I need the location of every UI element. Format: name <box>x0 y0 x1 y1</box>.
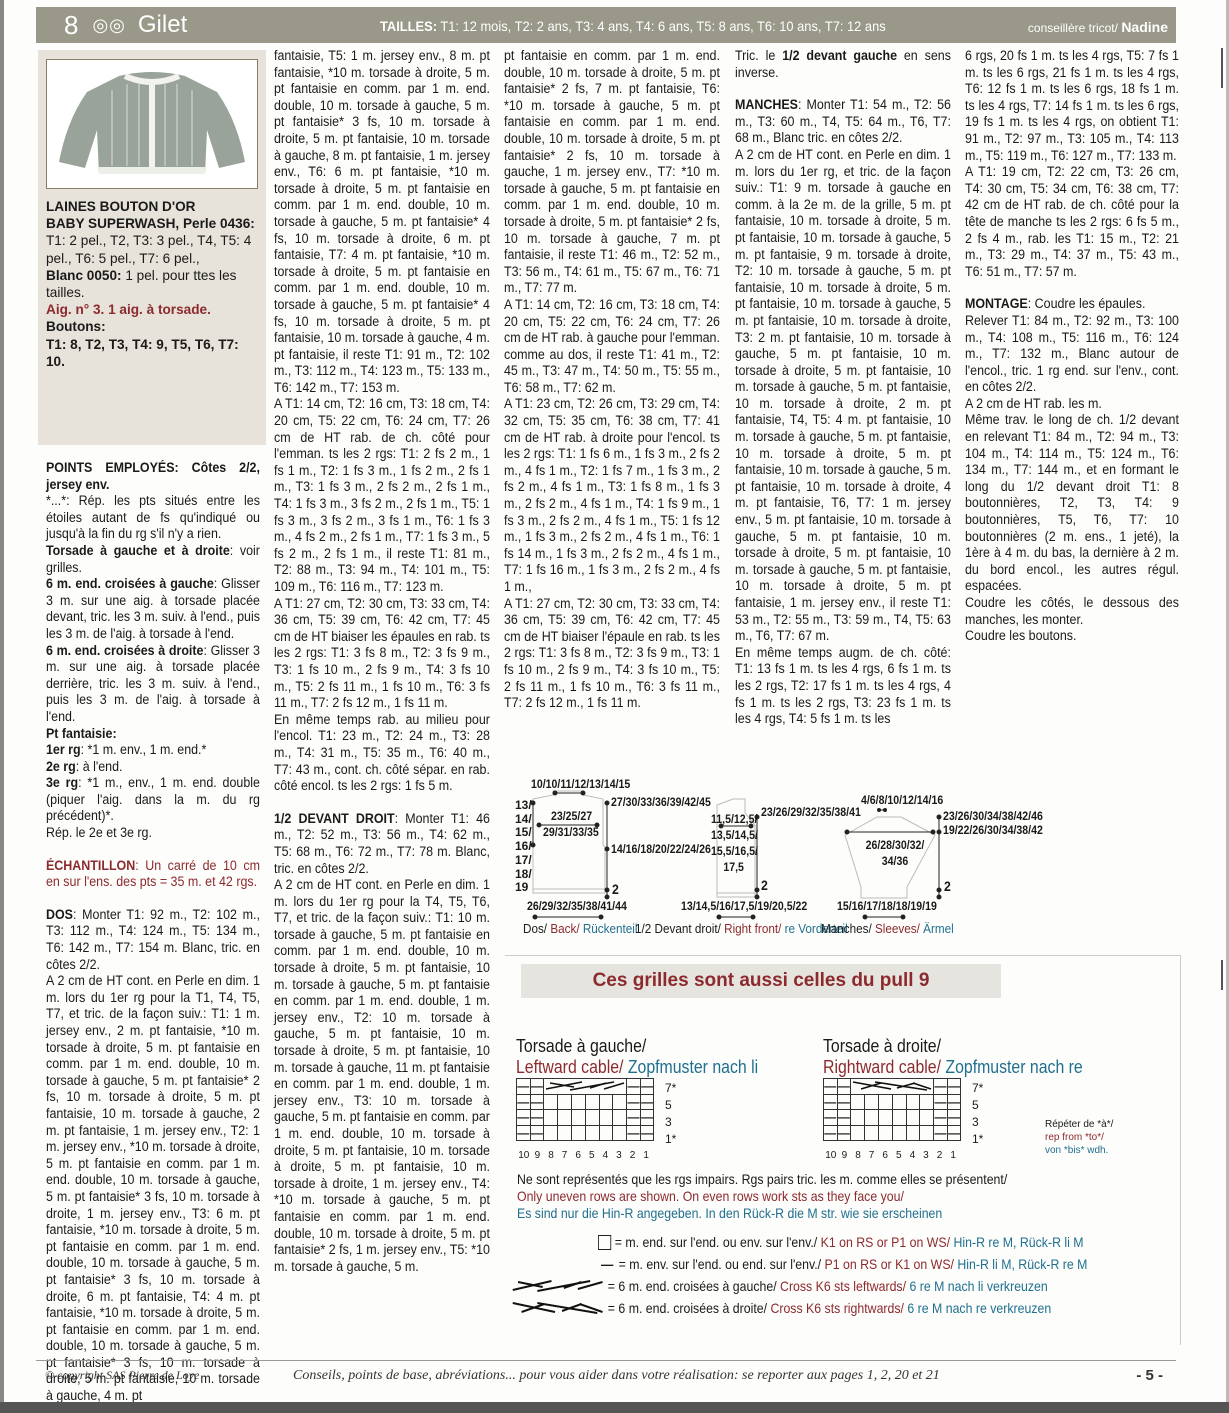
assembly-neckband: Relever T1: 84 m., T2: 92 m., T3: 100 m.… <box>965 313 1179 396</box>
right-front-body: A 2 cm de HT cont. en Perle en dim. 1 m.… <box>274 877 490 1275</box>
footer-rule <box>36 1360 1176 1361</box>
right-front-cast-on: 1/2 DEVANT DROIT: Monter T1: 46 m., T2: … <box>274 811 490 877</box>
back-shoulders: A T1: 27 cm, T2: 30 cm, T3: 33 cm, T4: 3… <box>274 596 490 712</box>
pattern-title: Gilet <box>138 11 187 39</box>
sleeve-bottom-width: 15/16/17/18/18/19/19 <box>837 899 937 913</box>
back-neck-width: 10/10/11/12/13/14/15 <box>531 777 630 791</box>
back-armhole-height: 14/16/18/20/22/24/26 <box>611 842 711 856</box>
buttons-label: Boutons: <box>46 318 260 335</box>
back-shoulder-height: 27/30/33/36/39/42/45 <box>611 795 711 809</box>
cardigan-icon <box>57 70 247 178</box>
pattern-header: 8 ◎◎ Gilet TAILLES: T1: 12 mois, T2: 2 a… <box>36 7 1176 43</box>
page-number: - 5 - <box>1136 1367 1163 1384</box>
sleeves-cap: A T1: 19 cm, T2: 22 cm, T3: 26 cm, T4: 3… <box>965 164 1179 280</box>
left-cross-icon <box>511 1278 604 1294</box>
row-3: 3e rg: *1 m., env., 1 m. end. double (pi… <box>46 775 260 825</box>
left-cable-title: Torsade à gauche/ Leftward cable/ Zopfmu… <box>516 1036 758 1078</box>
right-front-shoulder: A T1: 27 cm, T2: 30 cm, T3: 33 cm, T4: 3… <box>504 596 720 712</box>
garment-photo <box>46 59 258 189</box>
back-width-2: 29/31/33/35 <box>543 825 599 839</box>
back-armhole: A T1: 14 cm, T2: 16 cm, T3: 18 cm, T4: 2… <box>274 396 490 595</box>
assembly-bind-off: A 2 cm de HT rab. les m. <box>965 396 1179 413</box>
left-cross-icon <box>544 1079 626 1093</box>
assembly-front-bands: Même trav. le long de ch. 1/2 devant en … <box>965 412 1179 595</box>
schematic-shapes <box>505 765 1185 945</box>
back-neckline: En même temps rab. au milieu pour l'enco… <box>274 712 490 795</box>
cable-charts-box: Ces grilles sont aussi celles du pull 9 … <box>505 955 1181 1345</box>
legend-left-cross: = 6 m. end. croisées à gauche/ Cross K6 … <box>511 1275 1048 1297</box>
sleeves-body: A 2 cm de HT cont. en Perle en dim. 1 m.… <box>735 147 951 645</box>
legend-knit: = m. end. sur l'end. ou env. sur l'env./… <box>598 1231 1084 1253</box>
scan-mark <box>1221 48 1223 88</box>
column-5: 6 rgs, 20 fs 1 m. ts les 4 rgs, T5: 7 fs… <box>965 48 1179 645</box>
materials-box: LAINES BOUTON D'OR BABY SUPERWASH, Perle… <box>38 50 266 445</box>
right-cross-icon <box>511 1300 604 1316</box>
sleeve-rib-height: 2 <box>944 878 951 894</box>
sleeves-increases-cont: 6 rgs, 20 fs 1 m. ts les 4 rgs, T5: 7 fs… <box>965 48 1179 164</box>
sleeve-cap-height: 23/26/30/34/38/42/46 <box>943 809 1043 823</box>
back-caption: Dos/ Back/ Rückenteil <box>523 921 637 936</box>
assembly-shoulders: MONTAGE: Coudre les épaules. <box>965 296 1179 313</box>
needles: Aig. n° 3. 1 aig. à torsade. <box>46 301 260 318</box>
charts-banner: Ces grilles sont aussi celles du pull 9 <box>521 964 1001 998</box>
cable-ref: Torsade à gauche et à droite: voir grill… <box>46 543 260 576</box>
assembly-seams: Coudre les côtés, le dessous des manches… <box>965 595 1179 628</box>
back-bottom-width: 26/29/32/35/38/41/44 <box>527 899 627 913</box>
front-rib-height: 2 <box>761 877 768 893</box>
right-cross-icon <box>851 1079 933 1093</box>
schematics: 10/10/11/12/13/14/15 27/30/33/36/39/42/4… <box>505 765 1185 945</box>
sleeve-width: 26/28/30/32/34/36 <box>860 837 930 869</box>
front-bottom-width: 13/14,5/16/17,5/19/20,5/22 <box>681 899 807 913</box>
reference-hint: Conseils, points de base, abréviations..… <box>293 1368 940 1384</box>
dash-icon: — <box>601 1253 613 1275</box>
left-cross: 6 m. end. croisées à gauche: Glisser 3 m… <box>46 576 260 642</box>
column-1: POINTS EMPLOYÉS: Côtes 2/2, jersey env. … <box>46 460 260 1405</box>
sleeve-caption: Manches/ Sleeves/ Ärmel <box>821 921 954 936</box>
column-3: pt fantaisie en comm. par 1 m. end. doub… <box>504 48 720 712</box>
buttons-qty: T1: 8, T2, T3, T4: 9, T5, T6, T7: 10. <box>46 336 260 370</box>
right-cable-chart: ———— ———— ———— ———— <box>823 1078 961 1141</box>
left-chart-col-labels: 10987654321 <box>517 1150 653 1161</box>
two-yarn-balls-icon: ◎◎ <box>92 15 125 36</box>
left-cable-chart: ———— ———— ———— ———— <box>516 1078 654 1141</box>
front-caption: 1/2 Devant droit/ Right front/ re Vorder… <box>635 921 848 936</box>
gauge: ÉCHANTILLON: Un carré de 10 cm en sur l'… <box>46 858 260 891</box>
sleeves-increases: En même temps augm. de ch. côté: T1: 13 … <box>735 645 951 728</box>
right-cable-title: Torsade à droite/ Rightward cable/ Zopfm… <box>823 1036 1083 1078</box>
sizes-line: TAILLES: T1: 12 mois, T2: 2 ans, T3: 4 a… <box>380 18 886 34</box>
back-body-cont: fantaisie, T5: 1 m. jersey env., 8 m. pt… <box>274 48 490 396</box>
yarn-brand: LAINES BOUTON D'OR <box>46 198 260 215</box>
empty-square-icon <box>598 1235 611 1250</box>
scan-mark <box>1221 960 1223 990</box>
sleeve-top-width: 4/6/8/10/12/14/16 <box>861 793 943 807</box>
legend-purl: — = m. env. sur l'end. ou end. sur l'env… <box>601 1253 1087 1275</box>
front-neck-height: 23/26/29/32/35/38/41 <box>761 805 861 819</box>
right-front-body-cont: pt fantaisie en comm. par 1 m. end. doub… <box>504 48 720 297</box>
right-cross: 6 m. end. croisées à droite: Glisser 3 m… <box>46 643 260 726</box>
back-body: A 2 cm de HT cont. en Perle en dim. 1 m.… <box>46 973 260 1404</box>
left-front: Tric. le 1/2 devant gauche en sens inver… <box>735 48 951 81</box>
yarn-quantities: T1: 2 pel., T2, T3: 3 pel., T4, T5: 4 pe… <box>46 232 260 266</box>
row-repeat: Rép. le 2e et 3e rg. <box>46 825 260 842</box>
right-front-armhole: A T1: 14 cm, T2: 16 cm, T3: 18 cm, T4: 2… <box>504 297 720 397</box>
stitches-heading: POINTS EMPLOYÉS: Côtes 2/2, jersey env. <box>46 460 260 493</box>
column-4: Tric. le 1/2 devant gauche en sens inver… <box>735 48 951 728</box>
back-cast-on: DOS: Monter T1: 92 m., T2: 102 m., T3: 1… <box>46 907 260 973</box>
pattern-number: 8 <box>64 10 78 41</box>
right-chart-col-labels: 10987654321 <box>824 1150 960 1161</box>
back-rib-height: 2 <box>612 881 619 897</box>
row-2: 2e rg: à l'end. <box>46 759 260 776</box>
back-width-1: 23/25/27 <box>551 809 592 823</box>
consultant-credit: conseillère tricot/ Nadine <box>1028 19 1168 35</box>
scan-edge <box>0 1402 1229 1413</box>
fancy-stitch-label: Pt fantaisie: <box>46 726 260 743</box>
assembly-buttons: Coudre les boutons. <box>965 628 1179 645</box>
even-rows-note: Ne sont représentés que les rgs impairs.… <box>517 1171 1007 1222</box>
materials-text: LAINES BOUTON D'OR BABY SUPERWASH, Perle… <box>46 198 260 370</box>
right-chart-row-labels: 7*531* <box>972 1080 983 1148</box>
copyright: © copyright SAS Pierre de Loye <box>45 1368 199 1383</box>
white-yarn: Blanc 0050: 1 pel. pour ttes les tailles… <box>46 267 260 301</box>
page-edge <box>0 0 4 1413</box>
right-front-neckline: A T1: 23 cm, T2: 26 cm, T3: 29 cm, T4: 3… <box>504 396 720 595</box>
column-2: fantaisie, T5: 1 m. jersey env., 8 m. pt… <box>274 48 490 1275</box>
row-1: 1er rg: *1 m. env., 1 m. end.* <box>46 742 260 759</box>
sleeves-cast-on: MANCHES: Monter T1: 54 m., T2: 56 m., T3… <box>735 97 951 147</box>
yarn-line: BABY SUPERWASH, Perle 0436: <box>46 215 260 232</box>
legend-right-cross: = 6 m. end. croisées à droite/ Cross K6 … <box>511 1297 1051 1319</box>
back-total-height: 13/14/15/16/17/18/19 <box>515 799 532 895</box>
sleeve-body-height: 19/22/26/30/34/38/42 <box>943 823 1043 837</box>
front-width: 11,5/12,5/13,5/14,5/15,5/16,5/17,5 <box>711 811 758 875</box>
repeat-note: Répéter de *à*/ rep from *to*/ von *bis*… <box>1045 1118 1113 1157</box>
left-chart-row-labels: 7*531* <box>665 1080 676 1148</box>
star-rule: *...*: Rép. les pts situés entre les éto… <box>46 493 260 543</box>
